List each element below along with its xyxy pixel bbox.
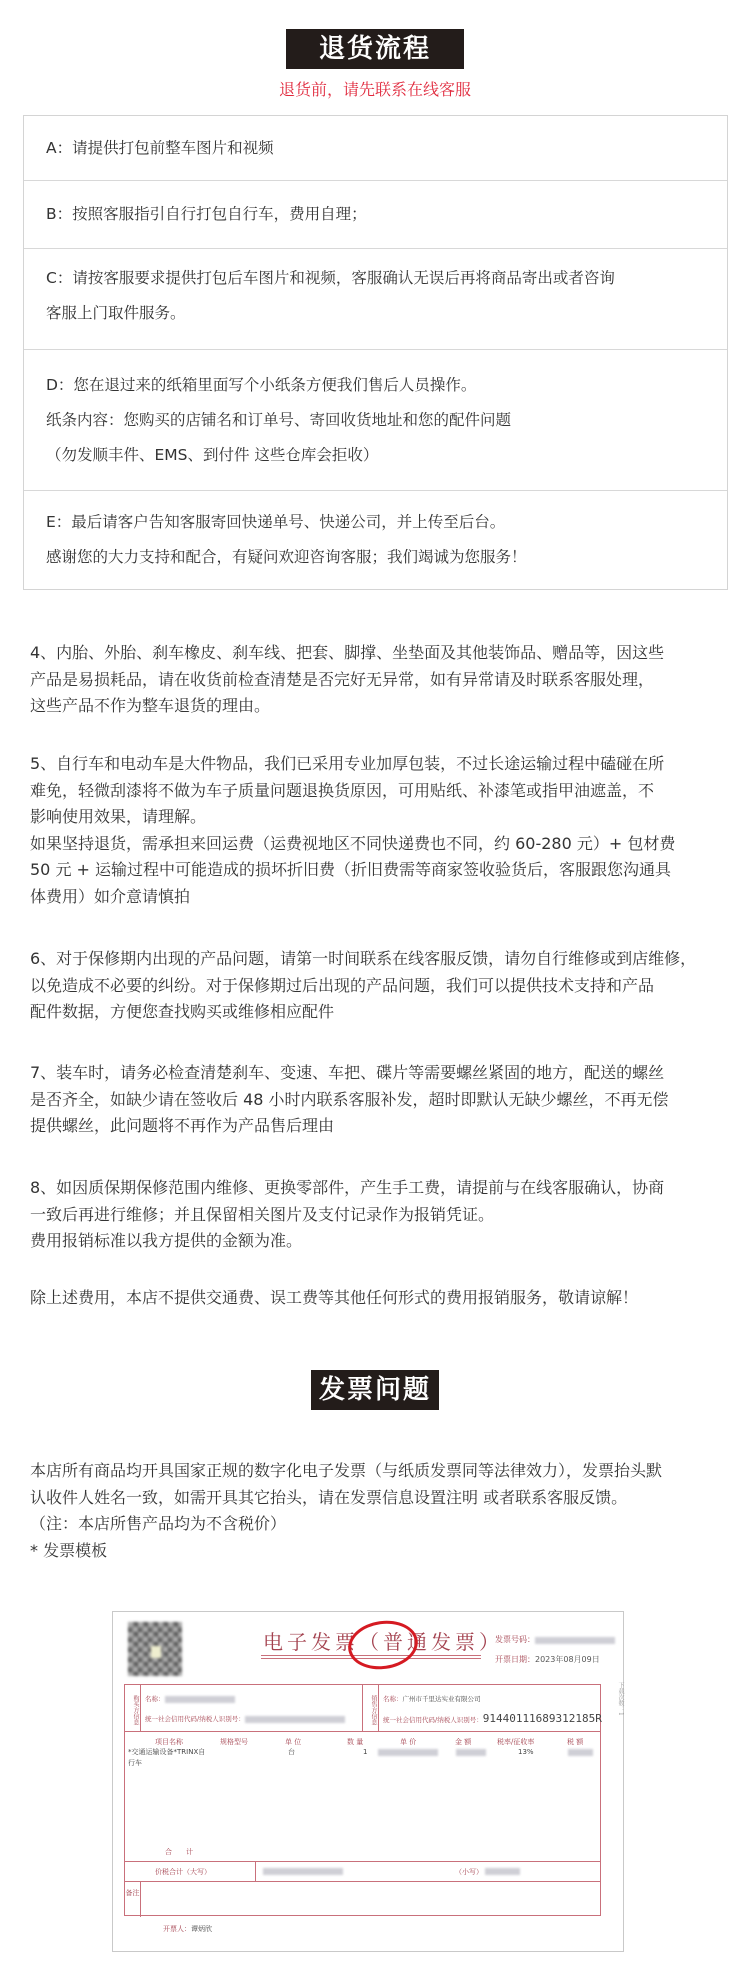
note-line: 产品是易损耗品，请在收货前检查清楚是否完好无异常，如有异常请及时联系客服处理， <box>30 667 720 694</box>
step-text: C：请按客服要求提供打包后车图片和视频，客服确认无误后再将商品寄出或者咨询 <box>46 261 705 296</box>
note-line: 50 元 + 运输过程中可能造成的损坏折旧费（折旧费需等商家签收验货后，客服跟您… <box>30 857 720 884</box>
issuer-value: 谭炳欣 <box>191 1925 212 1933</box>
total-small-label: （小写） <box>455 1867 483 1877</box>
qr-code-icon <box>128 1622 182 1676</box>
item-tax-rate: 13% <box>518 1747 534 1758</box>
note-5: 5、自行车和电动车是大件物品，我们已采用专业加厚包装，不过长途运输过程中磕碰在所… <box>30 751 720 910</box>
item-name-cont: 行车 <box>128 1758 598 1769</box>
invoice-meta: 发票号码： 开票日期：2023年08月09日 <box>495 1630 615 1670</box>
total-in-words-row: 价税合计（大写） （小写） <box>125 1862 600 1882</box>
taxid-label: 统一社会信用代码/纳税人识别号： <box>145 1715 245 1723</box>
note-line: 难免，轻微刮漆将不做为车子质量问题退换货原因，可用贴纸、补漆笔或指甲油遮盖，不 <box>30 778 720 805</box>
invoice-sample-image: 电子发票（普通发票） 发票号码： 开票日期：2023年08月09日 购买方信息 … <box>112 1611 624 1952</box>
note-line: 这些产品不作为整车退货的理由。 <box>30 693 720 720</box>
redacted-tax <box>568 1749 593 1756</box>
buyer-label: 购买方信息 <box>125 1685 141 1732</box>
return-step-e: E：最后请客户告知客服寄回快递单号、快递公司，并上传至后台。 感谢您的大力支持和… <box>24 491 727 589</box>
redacted-total-small <box>485 1868 520 1875</box>
invoice-line: * 发票模板 <box>30 1538 720 1565</box>
issuer: 开票人：谭炳欣 <box>163 1924 212 1934</box>
note-4: 4、内胎、外胎、刹车橡皮、刹车线、把套、脚撑、坐垫面及其他装饰品、赠品等，因这些… <box>30 640 720 720</box>
seller-taxid: 91440111689312185R <box>483 1712 602 1725</box>
buyer-block: 购买方信息 名称： 统一社会信用代码/纳税人识别号： <box>125 1685 363 1732</box>
invoice-line: （注：本店所售产品均为不含税价） <box>30 1511 720 1538</box>
buyer-fields: 名称： 统一社会信用代码/纳税人识别号： <box>145 1689 345 1729</box>
returns-section-title: 退货流程 <box>286 29 464 69</box>
return-step-c: C：请按客服要求提供打包后车图片和视频，客服确认无误后再将商品寄出或者咨询 客服… <box>24 249 727 350</box>
seller-name: 广州市千里达实业有限公司 <box>403 1695 481 1703</box>
return-steps-box: A：请提供打包前整车图片和视频 B：按照客服指引自行打包自行车，费用自理； C：… <box>23 115 728 590</box>
note-line: 提供螺丝，此问题将不再作为产品售后理由 <box>30 1113 720 1140</box>
redacted-unit-price <box>378 1749 438 1756</box>
col-tax-rate: 税率/征收率 <box>497 1737 534 1747</box>
note-line: 5、自行车和电动车是大件物品，我们已采用专业加厚包装，不过长途运输过程中磕碰在所 <box>30 751 720 778</box>
remark-label: 备注 <box>125 1882 141 1917</box>
return-step-a: A：请提供打包前整车图片和视频 <box>24 116 727 181</box>
taxid-label: 统一社会信用代码/纳税人识别号： <box>383 1716 483 1724</box>
col-quantity: 数 量 <box>347 1737 363 1747</box>
note-6: 6、对于保修期内出现的产品问题，请第一时间联系在线客服反馈，请勿自行维修或到店维… <box>30 946 720 1026</box>
divider <box>255 1862 256 1882</box>
col-amount: 金 额 <box>455 1737 471 1747</box>
number-label: 发票号码： <box>495 1635 535 1644</box>
step-text: 感谢您的大力支持和配合，有疑问欢迎咨询客服；我们竭诚为您服务！ <box>46 540 705 575</box>
step-text: B：按照客服指引自行打包自行车，费用自理； <box>46 197 705 232</box>
note-line: 以免造成不必要的纠纷。对于保修期过后出现的产品问题，我们可以提供技术支持和产品 <box>30 973 720 1000</box>
note-line: 体费用）如介意请慎拍 <box>30 884 720 911</box>
total-words-label: 价税合计（大写） <box>155 1867 211 1877</box>
return-step-b: B：按照客服指引自行打包自行车，费用自理； <box>24 181 727 249</box>
item-quantity: 1 <box>363 1747 367 1758</box>
name-label: 名称： <box>145 1695 165 1703</box>
returns-subtitle: 退货前，请先联系在线客服 <box>0 78 750 102</box>
invoice-table: 购买方信息 名称： 统一社会信用代码/纳税人识别号： 销售方信息 名称：广州市千… <box>124 1684 601 1916</box>
note-line: 一致后再进行维修；并且保留相关图片及支付记录作为报销凭证。 <box>30 1202 720 1229</box>
issuer-label: 开票人： <box>163 1925 191 1933</box>
note-line: 配件数据，方便您查找购买或维修相应配件 <box>30 999 720 1026</box>
date-label: 开票日期： <box>495 1655 535 1664</box>
step-text: E：最后请客户告知客服寄回快递单号、快递公司，并上传至后台。 <box>46 505 705 540</box>
note-line: 4、内胎、外胎、刹车橡皮、刹车线、把套、脚撑、坐垫面及其他装饰品、赠品等，因这些 <box>30 640 720 667</box>
step-text: 客服上门取件服务。 <box>46 296 705 331</box>
redacted-number <box>535 1637 615 1644</box>
stamp-icon <box>345 1616 421 1673</box>
name-label: 名称： <box>383 1695 403 1703</box>
note-line: 6、对于保修期内出现的产品问题，请第一时间联系在线客服反馈，请勿自行维修或到店维… <box>30 946 720 973</box>
redacted-buyer-taxid <box>245 1716 345 1723</box>
step-text: （勿发顺丰件、EMS、到付件 这些仓库会拒收） <box>46 438 705 473</box>
seller-fields: 名称：广州市千里达实业有限公司 统一社会信用代码/纳税人识别号：91440111… <box>383 1689 602 1730</box>
note-line: 7、装车时，请务必检查清楚刹车、变速、车把、碟片等需要螺丝紧固的地方，配送的螺丝 <box>30 1060 720 1087</box>
note-line: 除上述费用，本店不提供交通费、误工费等其他任何形式的费用报销服务，敬请谅解！ <box>30 1285 720 1312</box>
col-unit: 单 位 <box>285 1737 301 1747</box>
redacted-buyer-name <box>165 1696 235 1703</box>
col-tax: 税 额 <box>567 1737 583 1747</box>
note-7: 7、装车时，请务必检查清楚刹车、变速、车把、碟片等需要螺丝紧固的地方，配送的螺丝… <box>30 1060 720 1140</box>
step-text: D：您在退过来的纸箱里面写个小纸条方便我们售后人员操作。 <box>46 368 705 403</box>
step-text: 纸条内容：您购买的店铺名和订单号、寄回收货地址和您的配件问题 <box>46 403 705 438</box>
note-line: 是否齐全，如缺少请在签收后 48 小时内联系客服补发，超时即默认无缺少螺丝，不再… <box>30 1087 720 1114</box>
invoice-line: 本店所有商品均开具国家正规的数字化电子发票（与纸质发票同等法律效力），发票抬头默 <box>30 1458 720 1485</box>
invoice-section-title: 发票问题 <box>311 1370 439 1410</box>
total-row: 合 计 <box>125 1844 600 1862</box>
redacted-amount <box>456 1749 486 1756</box>
note-line: 费用报销标准以我方提供的金额为准。 <box>30 1228 720 1255</box>
col-spec: 规格型号 <box>220 1737 248 1747</box>
seller-block: 销售方信息 名称：广州市千里达实业有限公司 统一社会信用代码/纳税人识别号：91… <box>363 1685 602 1732</box>
note-disclaimer: 除上述费用，本店不提供交通费、误工费等其他任何形式的费用报销服务，敬请谅解！ <box>30 1285 720 1312</box>
col-unit-price: 单 价 <box>400 1737 416 1747</box>
return-step-d: D：您在退过来的纸箱里面写个小纸条方便我们售后人员操作。 纸条内容：您购买的店铺… <box>24 350 727 491</box>
date-value: 2023年08月09日 <box>535 1655 600 1664</box>
note-line: 影响使用效果，请理解。 <box>30 804 720 831</box>
invoice-line: 认收件人姓名一致，如需开具其它抬头，请在发票信息设置注明 或者联系客服反馈。 <box>30 1485 720 1512</box>
total-label: 合 计 <box>165 1847 193 1857</box>
step-text: A：请提供打包前整车图片和视频 <box>46 131 705 166</box>
item-row: *交通运输设备*TRINX自 行车 台 1 13% <box>128 1747 598 1769</box>
note-8: 8、如因质保期保修范围内维修、更换零部件，产生手工费，请提前与在线客服确认，协商… <box>30 1175 720 1255</box>
redacted-total-words <box>263 1868 343 1875</box>
download-count-note: 下载次数：1 <box>616 1682 625 1716</box>
parties-row: 购买方信息 名称： 统一社会信用代码/纳税人识别号： 销售方信息 名称：广州市千… <box>125 1685 600 1732</box>
item-unit: 台 <box>288 1747 295 1758</box>
seller-label: 销售方信息 <box>363 1685 379 1732</box>
invoice-info: 本店所有商品均开具国家正规的数字化电子发票（与纸质发票同等法律效力），发票抬头默… <box>30 1458 720 1564</box>
note-line: 8、如因质保期保修范围内维修、更换零部件，产生手工费，请提前与在线客服确认，协商 <box>30 1175 720 1202</box>
col-item-name: 项目名称 <box>155 1737 183 1747</box>
note-line: 如果坚持退货，需承担来回运费（运费视地区不同快递费也不同，约 60-280 元）… <box>30 831 720 858</box>
